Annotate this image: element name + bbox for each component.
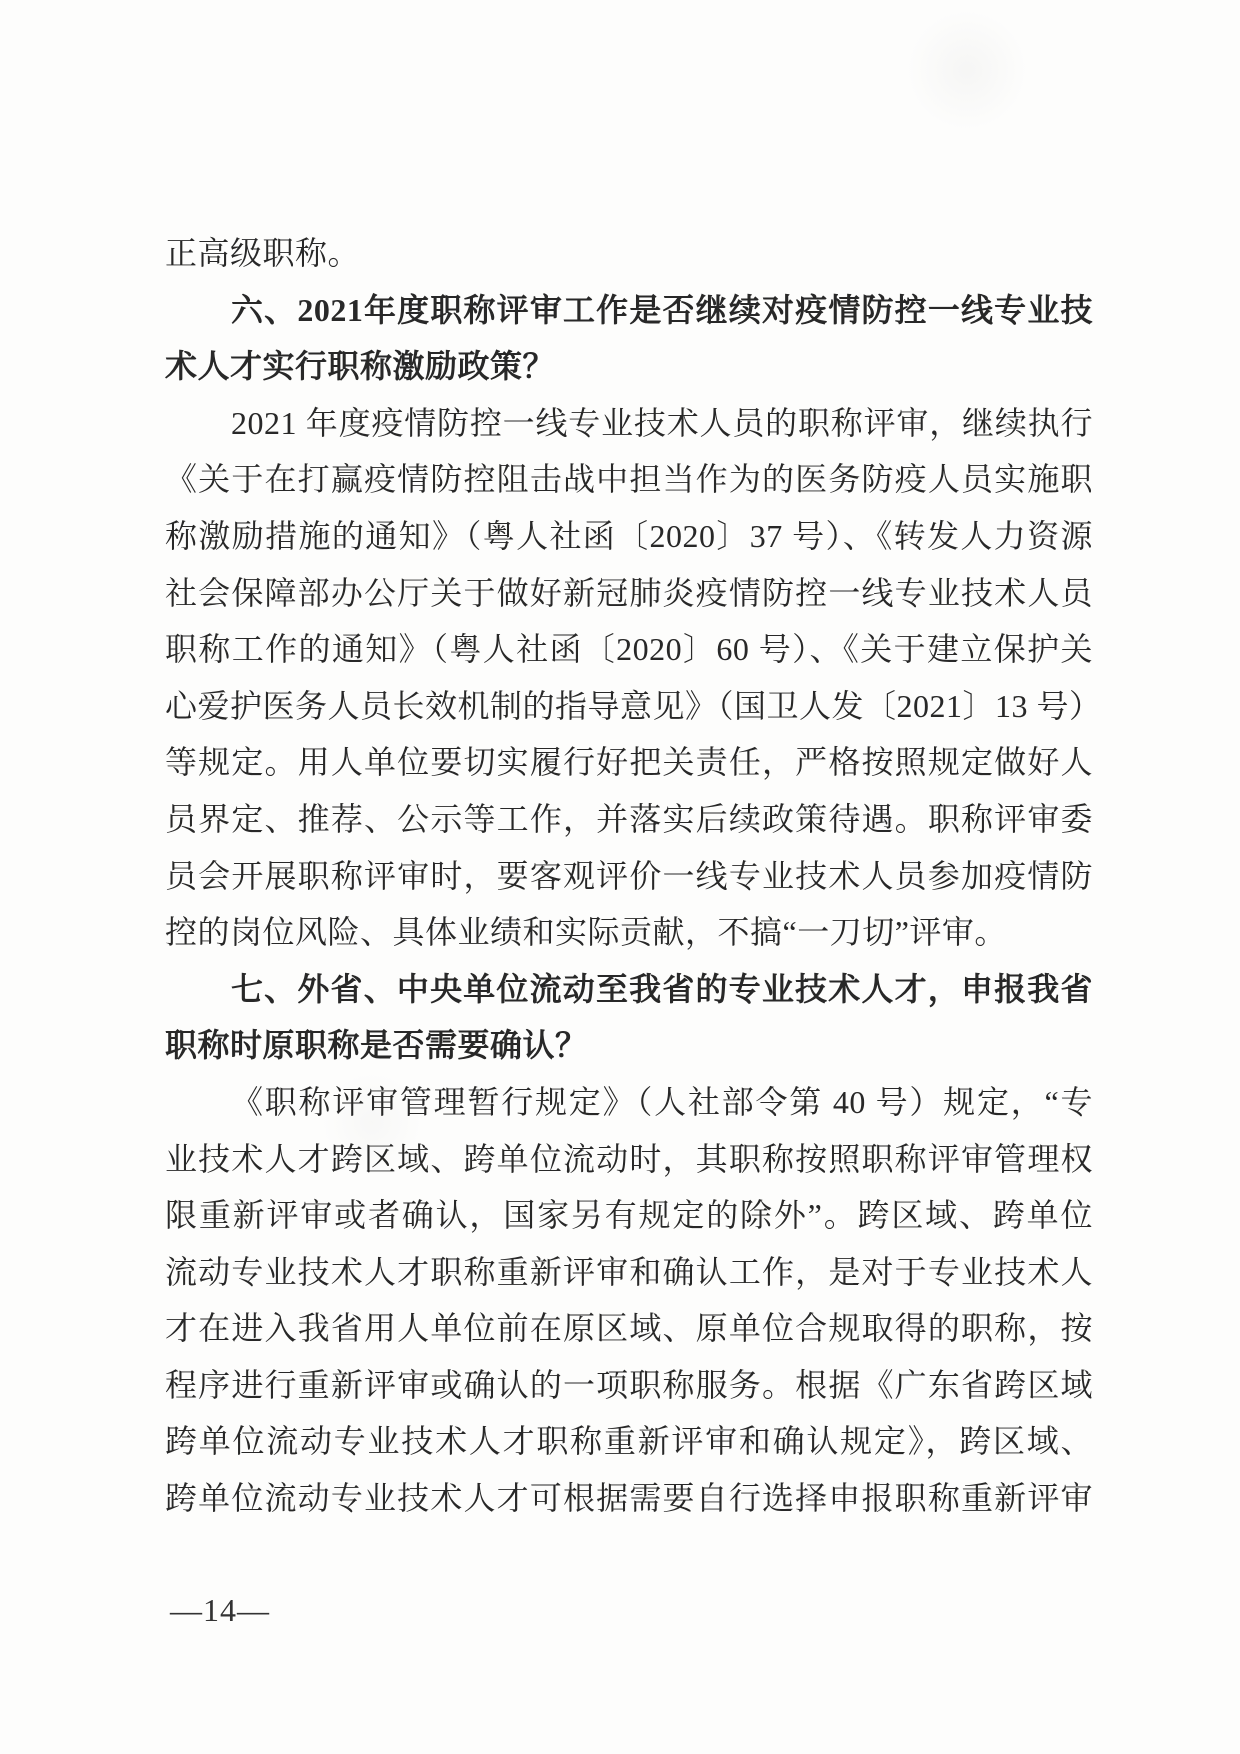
body-line: 称激励措施的通知》（粤人社函〔2020〕37 号）、《转发人力资源 — [165, 508, 1093, 565]
heading-line: 六、2021年度职称评审工作是否继续对疫情防控一线专业技 — [165, 282, 1093, 339]
body-line: 心爱护医务人员长效机制的指导意见》（国卫人发〔2021〕13 号） — [165, 678, 1093, 735]
body-line: 社会保障部办公厅关于做好新冠肺炎疫情防控一线专业技术人员 — [165, 565, 1093, 622]
body-line: 跨单位流动专业技术人才职称重新评审和确认规定》，跨区域、 — [165, 1413, 1093, 1470]
body-line: 职称工作的通知》（粤人社函〔2020〕60 号）、《关于建立保护关 — [165, 621, 1093, 678]
heading-line: 职称时原职称是否需要确认？ — [165, 1017, 1093, 1074]
body-line: 员会开展职称评审时，要客观评价一线专业技术人员参加疫情防 — [165, 848, 1093, 905]
text-column: 正高级职称。六、2021年度职称评审工作是否继续对疫情防控一线专业技术人才实行职… — [165, 225, 1093, 1527]
body-line: 才在进入我省用人单位前在原区域、原单位合规取得的职称，按 — [165, 1300, 1093, 1357]
body-line: 业技术人才跨区域、跨单位流动时，其职称按照职称评审管理权 — [165, 1131, 1093, 1188]
page-number: —14— — [170, 1590, 270, 1630]
body-line: 跨单位流动专业技术人才可根据需要自行选择申报职称重新评审 — [165, 1470, 1093, 1527]
heading-line: 七、外省、中央单位流动至我省的专业技术人才，申报我省 — [165, 961, 1093, 1018]
document-page: 正高级职称。六、2021年度职称评审工作是否继续对疫情防控一线专业技术人才实行职… — [0, 0, 1240, 1754]
body-line: 限重新评审或者确认，国家另有规定的除外”。跨区域、跨单位 — [165, 1187, 1093, 1244]
body-line: 员界定、推荐、公示等工作，并落实后续政策待遇。职称评审委 — [165, 791, 1093, 848]
body-line: 控的岗位风险、具体业绩和实际贡献，不搞“一刀切”评审。 — [165, 904, 1093, 961]
body-line: 2021 年度疫情防控一线专业技术人员的职称评审，继续执行 — [165, 395, 1093, 452]
body-line: 流动专业技术人才职称重新评审和确认工作，是对于专业技术人 — [165, 1244, 1093, 1301]
body-line: 正高级职称。 — [165, 225, 1093, 282]
body-line: 《职称评审管理暂行规定》（人社部令第 40 号）规定，“专 — [165, 1074, 1093, 1131]
body-line: 等规定。用人单位要切实履行好把关责任，严格按照规定做好人 — [165, 734, 1093, 791]
heading-line: 术人才实行职称激励政策？ — [165, 338, 1093, 395]
body-line: 程序进行重新评审或确认的一项职称服务。根据《广东省跨区域 — [165, 1357, 1093, 1414]
body-line: 《关于在打赢疫情防控阻击战中担当作为的医务防疫人员实施职 — [165, 451, 1093, 508]
